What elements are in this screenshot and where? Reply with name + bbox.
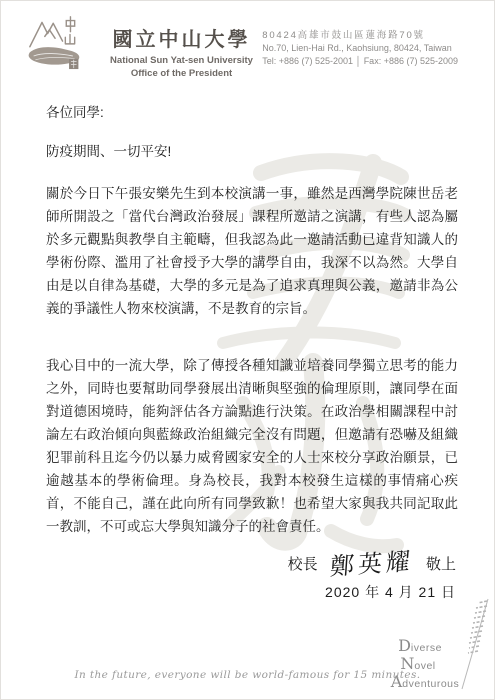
university-name-en: National Sun Yat-sen University bbox=[89, 55, 274, 66]
president-signature: 鄭英耀 bbox=[329, 549, 414, 579]
closing-respect: 敬上 bbox=[426, 556, 456, 573]
footer-motto: In the future, everyone will be world-fa… bbox=[1, 669, 494, 681]
closing-title: 校長 bbox=[288, 556, 318, 573]
greeting-line: 防疫期間、一切平安! bbox=[46, 140, 458, 163]
paragraph-2: 我心目中的一流大學，除了傳授各種知識並培養同學獨立思考的能力之外，同時也要幫助同… bbox=[46, 354, 458, 538]
university-logo-icon bbox=[28, 12, 84, 72]
address-zh: 80424高雄市鼓山區蓮海路70號 bbox=[262, 29, 458, 42]
slogan-initial-d: D bbox=[398, 636, 411, 655]
official-letter-page: 國立中山大學 National Sun Yat-sen University O… bbox=[0, 0, 495, 700]
salutation: 各位同學: bbox=[46, 101, 458, 124]
paragraph-1: 關於今日下午張安樂先生到本校演講一事，雖然是西灣學院陳世岳老師所開設之「當代台灣… bbox=[46, 182, 458, 320]
address-en: No.70, Lien-Hai Rd., Kaohsiung, 80424, T… bbox=[262, 42, 458, 55]
letter-date: 2020 年 4 月 21 日 bbox=[288, 582, 456, 602]
contact-block: 80424高雄市鼓山區蓮海路70號 No.70, Lien-Hai Rd., K… bbox=[262, 29, 458, 68]
university-title-block: 國立中山大學 National Sun Yat-sen University O… bbox=[89, 23, 274, 79]
slogan-diverse: Diverse bbox=[384, 638, 456, 656]
closing-block: 校長 鄭英耀 敬上 2020 年 4 月 21 日 bbox=[288, 552, 456, 602]
university-name-zh: 國立中山大學 bbox=[89, 23, 274, 52]
slogan-block: Diverse Novel Adventurous bbox=[384, 638, 466, 692]
office-name: Office of the President bbox=[89, 68, 274, 79]
letter-body: 各位同學: 防疫期間、一切平安! 關於今日下午張安樂先生到本校演講一事，雖然是西… bbox=[46, 101, 458, 538]
closing-line: 校長 鄭英耀 敬上 bbox=[288, 552, 456, 576]
slogan-rest-d: iverse bbox=[411, 642, 442, 654]
tel-fax-line: Tel: +886 (7) 525-2001 │ Fax: +886 (7) 5… bbox=[262, 55, 458, 68]
letterhead: 國立中山大學 National Sun Yat-sen University O… bbox=[1, 1, 494, 89]
